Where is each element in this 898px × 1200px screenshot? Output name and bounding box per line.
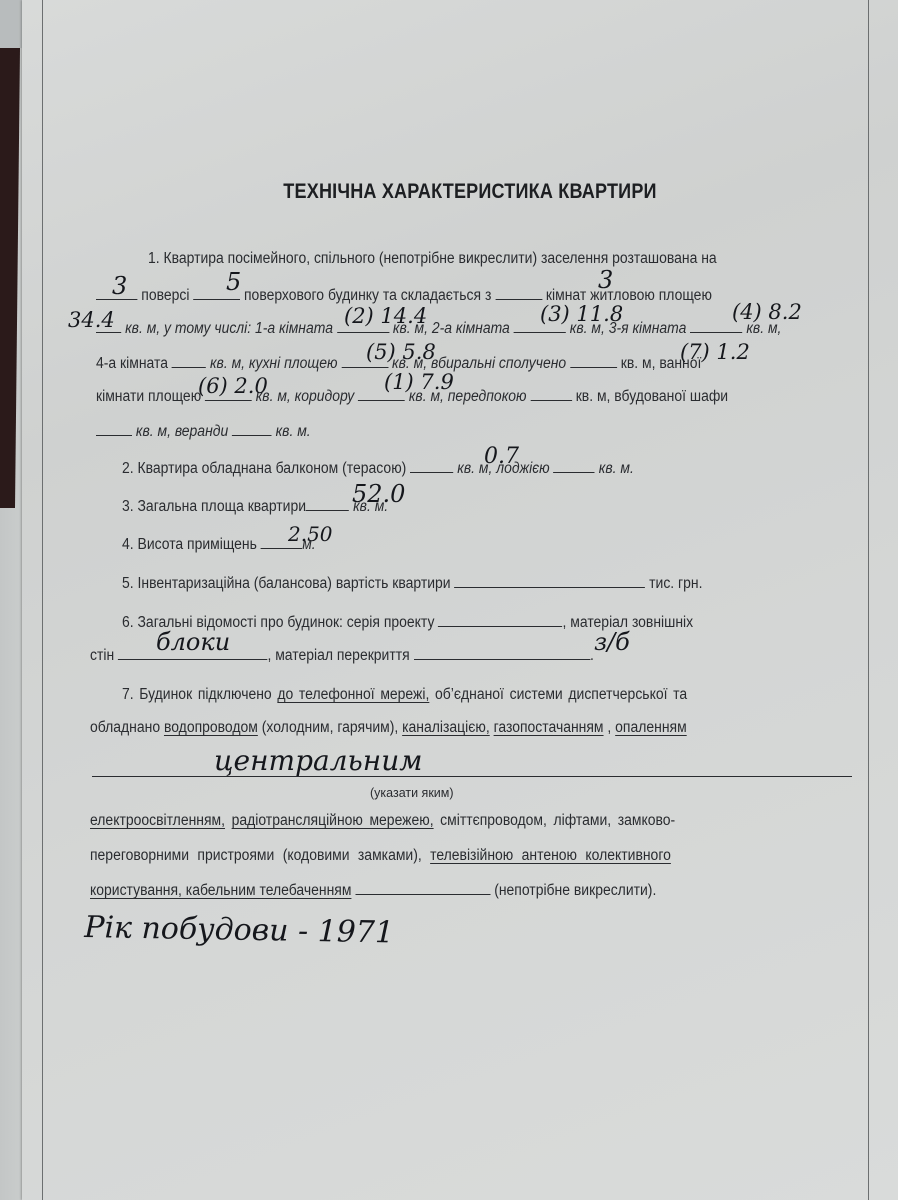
section-4: 4. Висота приміщень м. (122, 534, 316, 554)
floor-value: 3 (112, 272, 127, 300)
water-supply-option[interactable]: водопроводом (164, 719, 258, 736)
kitchen-value: (5) 5.8 (366, 340, 436, 364)
heating-type-value: центральним (214, 744, 422, 777)
ceiling-material-field[interactable] (414, 645, 590, 660)
ceiling-material-value: з/б (594, 628, 630, 656)
toilet-field[interactable] (570, 353, 617, 368)
section-5: 5. Інвентаризаційна (балансова) вартість… (122, 573, 702, 593)
section-1-line-3: кв. м, у тому числі: 1-а кімната кв. м, … (96, 318, 781, 338)
document-title: ТЕХНІЧНА ХАРАКТЕРИСТИКА КВАРТИРИ (66, 180, 874, 204)
section-7-line-4: переговорними пристроями (кодовими замка… (90, 847, 671, 865)
room1-value: (2) 14.4 (344, 304, 427, 328)
heating-type-caption: (указати яким) (370, 786, 454, 800)
cable-tv-option[interactable]: користування, кабельним телебаченням (90, 882, 351, 899)
frame-line-left (42, 0, 43, 1200)
living-area-value: 34.4 (68, 308, 115, 332)
walls-material-value: блоки (156, 628, 230, 656)
rooms-field[interactable] (495, 285, 542, 300)
section-7-line-2: обладнано водопроводом (холодним, гарячи… (90, 719, 687, 737)
section-7-line-3: електроосвітленням, радіотрансляційною м… (90, 812, 675, 830)
floors-total-value: 5 (226, 268, 241, 296)
bath-value: (6) 2.0 (198, 374, 268, 398)
corridor-value: (1) 7.9 (384, 370, 454, 394)
inventory-value-field[interactable] (454, 573, 645, 588)
section-3: 3. Загальна площа квартири кв. м. (122, 496, 388, 516)
rooms-value: 3 (598, 266, 613, 294)
total-area-field[interactable] (306, 496, 349, 511)
heating-option[interactable]: опаленням (615, 719, 687, 736)
section-7-line-5: користування, кабельним телебаченням (не… (90, 880, 656, 900)
section-2: 2. Квартира обладнана балконом (терасою)… (122, 458, 634, 478)
toilet-value: (7) 1.2 (680, 340, 750, 364)
cable-tv-field[interactable] (355, 880, 490, 895)
room3-value: (4) 8.2 (732, 300, 802, 324)
heating-type-field[interactable] (92, 776, 852, 777)
construction-year-note: Рік побудови - 1971 (84, 910, 394, 950)
project-series-field[interactable] (438, 612, 562, 627)
phone-network-option[interactable]: до телефонної мережі, (277, 686, 429, 703)
total-area-value: 52.0 (352, 480, 405, 508)
height-value: 2.50 (288, 522, 333, 546)
section-1-intro: 1. Квартира посімейного, спільного (непо… (148, 250, 717, 268)
section-7-line-1: 7. Будинок підключено до телефонної мере… (122, 686, 687, 704)
hallway-field[interactable] (530, 386, 571, 401)
room2-value: (3) 11.8 (540, 302, 623, 326)
section-1-line-6: кв. м, веранди кв. м. (96, 421, 311, 441)
background-edge (0, 0, 24, 48)
balcony-field[interactable] (410, 458, 453, 473)
tv-antenna-option[interactable]: телевізійною антеною колективного (430, 847, 671, 864)
electric-option[interactable]: електроосвітленням, (90, 812, 225, 829)
balcony-value: 0.7 (484, 444, 519, 469)
sewer-option[interactable]: каналізацією, (402, 719, 490, 736)
loggia-field[interactable] (554, 458, 595, 473)
gas-option[interactable]: газопостачанням (494, 719, 604, 736)
wardrobe-field[interactable] (96, 421, 132, 436)
radio-option[interactable]: радіотрансляційною мережею, (232, 812, 434, 829)
veranda-field[interactable] (232, 421, 272, 436)
room4-field[interactable] (172, 353, 206, 368)
